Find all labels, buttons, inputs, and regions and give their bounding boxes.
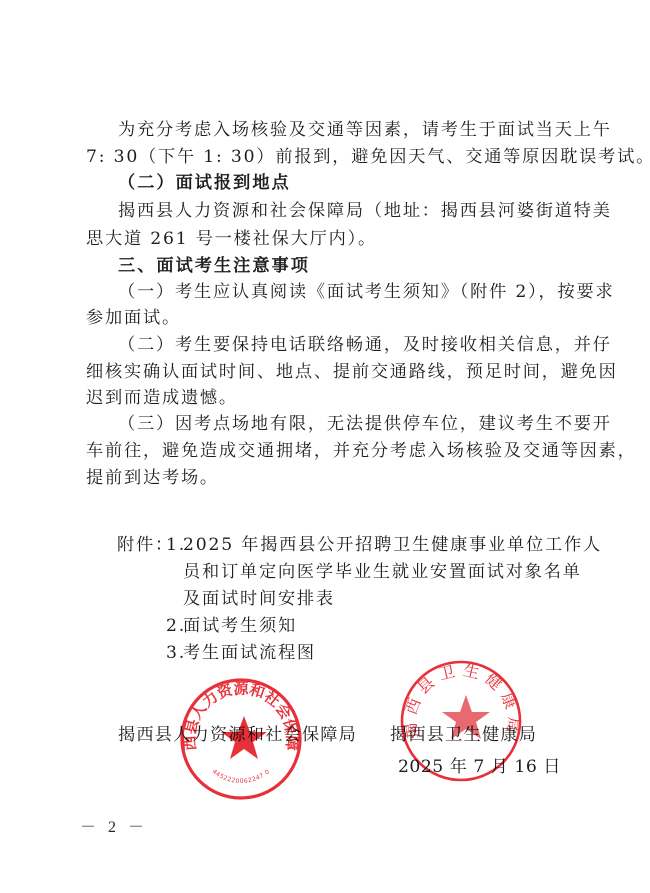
signature-health-bureau: 揭西县卫生健康局 bbox=[390, 725, 537, 745]
attachment-1-line-1: 2025 年揭西县公开招聘卫生健康事业单位工作人 bbox=[183, 535, 550, 555]
seal-code-hr: 4452220062247 0 bbox=[211, 768, 271, 785]
signature-date: 2025 年 7 月 16 日 bbox=[398, 757, 561, 777]
body-line-2: 7: 30（下午 1: 30）前报到，避免因天气、交通等原因耽误考试。 bbox=[86, 147, 550, 167]
attachment-1-line-3: 及面试时间安排表 bbox=[183, 589, 335, 609]
body-line-12: （三）因考点场地有限，无法提供停车位，建议考生不要开 bbox=[118, 414, 550, 434]
body-line-10: 细核实确认面试时间、地点、提前交通路线，预足时间，避免因 bbox=[86, 362, 550, 382]
body-line-8: 参加面试。 bbox=[86, 308, 181, 328]
attachment-1-line-2: 员和订单定向医学毕业生就业安置面试对象名单 bbox=[183, 562, 543, 582]
signature-hr-bureau: 揭西县人力资源和社会保障局 bbox=[118, 725, 357, 745]
attachment-3-title: 考生面试流程图 bbox=[183, 643, 316, 663]
body-line-13: 车前往，避免造成交通拥堵，并充分考虑入场核验及交通等因素， bbox=[86, 441, 550, 461]
body-line-4: 揭西县人力资源和社会保障局（地址：揭西县河婆街道特美 bbox=[118, 201, 550, 221]
svg-text:4452220062247 0: 4452220062247 0 bbox=[211, 768, 271, 785]
body-line-9: （二）考生要保持电话联络畅通，及时接收相关信息，并仔 bbox=[118, 335, 550, 355]
section-heading-notes: 三、面试考生注意事项 bbox=[118, 256, 310, 276]
section-heading-report-location: （二）面试报到地点 bbox=[118, 173, 291, 193]
body-line-1: 为充分考虑入场核验及交通等因素，请考生于面试当天上午 bbox=[118, 120, 550, 140]
attachment-2-title: 面试考生须知 bbox=[183, 616, 297, 636]
body-line-7: （一）考生应认真阅读《面试考生须知》（附件 2），按要求 bbox=[118, 282, 550, 302]
body-line-5: 思大道 261 号一楼社保大厅内）。 bbox=[86, 229, 377, 249]
page-number: － 2 － bbox=[80, 814, 148, 837]
body-line-11: 迟到而造成遗憾。 bbox=[86, 388, 238, 408]
body-line-14: 提前到达考场。 bbox=[86, 468, 219, 488]
